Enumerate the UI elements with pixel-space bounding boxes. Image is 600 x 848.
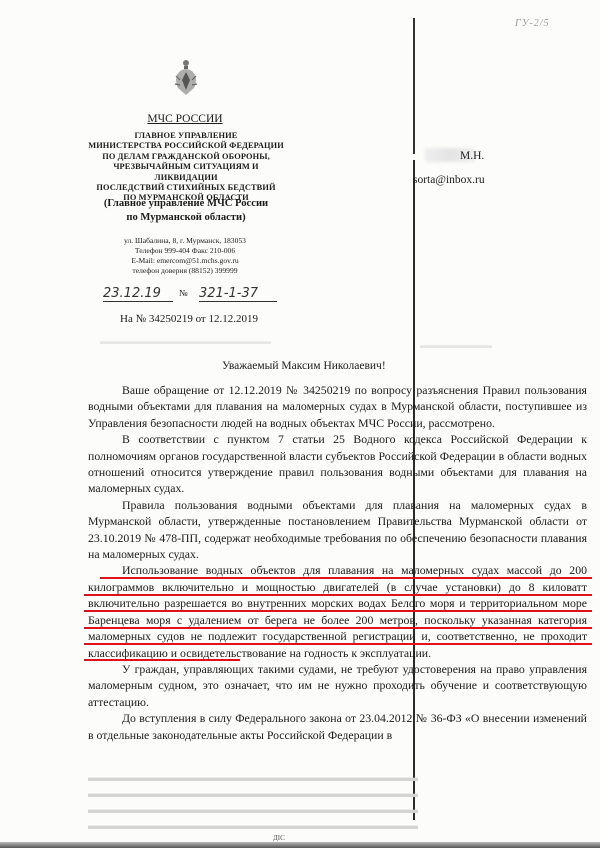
reply-reference: На № 34250219 от 12.12.2019 (120, 313, 258, 325)
red-underline (84, 627, 592, 629)
red-underline (84, 610, 592, 612)
paragraph: Ваше обращение от 12.12.2019 № 34250219 … (88, 382, 587, 431)
mchs-title: МЧС РОССИИ (100, 113, 270, 125)
organization-short-name: (Главное управление МЧС России по Мурман… (86, 197, 286, 224)
scan-artifact-line (413, 18, 415, 154)
salutation: Уважаемый Максим Николаевич! (222, 360, 386, 372)
letter-body: Ваше обращение от 12.12.2019 № 34250219 … (88, 382, 587, 743)
scanned-letter-page: ГУ-2/5 МЧС РОССИИ ГЛАВНОЕ УПРАВЛЕНИЕ МИН… (0, 0, 600, 848)
registration-number: 321-1-37 (199, 286, 277, 302)
red-underline (100, 577, 592, 579)
recipient-name: М.Н. (460, 150, 484, 162)
paragraph: До вступления в силу Федерального закона… (88, 710, 587, 743)
bleed-through-text: ▬▬▬▬▬▬▬▬ (420, 340, 492, 350)
handwritten-corner-mark: ГУ-2/5 (515, 18, 550, 29)
recipient-email: sorta@inbox.ru (413, 174, 485, 186)
registration-date: 23.12.19 (103, 286, 173, 302)
red-underline (84, 594, 592, 596)
mchs-emblem-icon (170, 58, 202, 98)
paragraph: У граждан, управляющих такими судами, не… (88, 661, 587, 710)
paragraph: В соответствии с пунктом 7 статьи 25 Вод… (88, 431, 587, 497)
footer-mark: ДІС (273, 834, 285, 842)
number-sign: № (179, 288, 188, 298)
paragraph: Правила пользования водными объектами дл… (88, 497, 587, 563)
scan-bottom-edge (0, 842, 600, 848)
organization-address: ул. Шабалина, 8, г. Мурманск, 183053 Тел… (100, 236, 270, 276)
registration-line: 23.12.19 № 321-1-37 (103, 286, 283, 304)
bleed-through-text: ▬▬▬▬▬▬▬▬▬▬▬▬▬▬▬▬▬▬▬ (100, 336, 271, 346)
faded-continuation-text: ▬▬▬▬▬▬▬▬▬▬▬▬▬▬▬▬▬▬▬▬▬▬▬▬▬▬▬▬▬▬ ▬▬▬▬▬▬▬▬▬… (88, 770, 587, 834)
red-underline (84, 659, 240, 661)
red-underline (84, 643, 592, 645)
organization-name: ГЛАВНОЕ УПРАВЛЕНИЕ МИНИСТЕРСТВА РОССИЙСК… (86, 131, 286, 204)
